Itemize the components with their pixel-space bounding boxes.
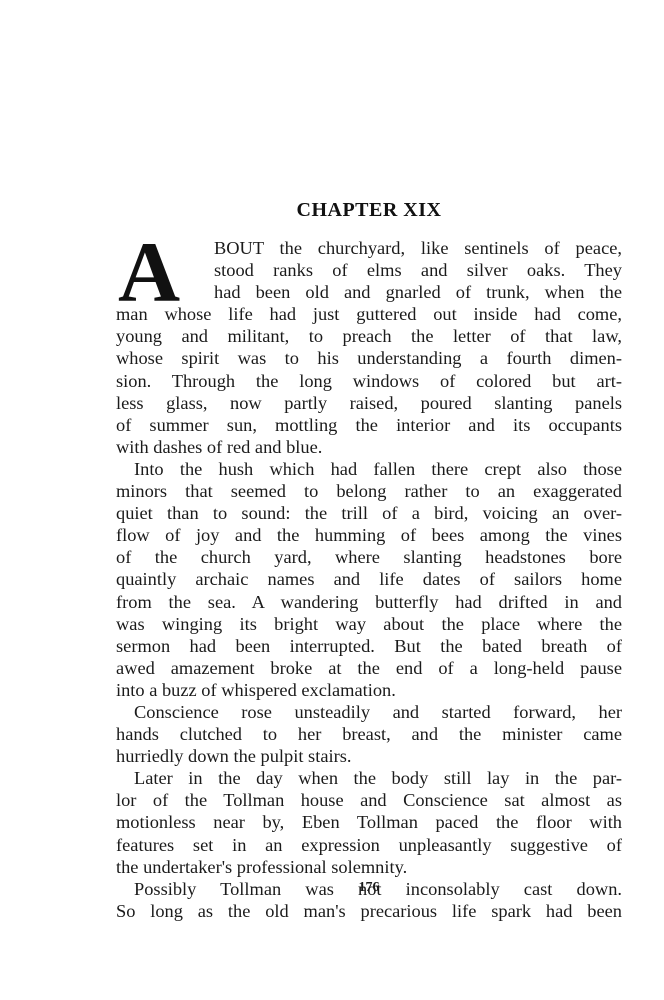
book-page: CHAPTER XIX A BOUT the churchyard, like …	[116, 0, 622, 1000]
text-line: of the church yard, where slanting heads…	[116, 546, 622, 568]
text-line: the undertaker's professional solemnity.	[116, 856, 622, 878]
page-number: 176	[116, 880, 622, 896]
text-line: hurriedly down the pulpit stairs.	[116, 745, 622, 767]
text-line: stood ranks of elms and silver oaks. The…	[116, 259, 622, 281]
text-line: man whose life had just guttered out ins…	[116, 303, 622, 325]
text-line: of summer sun, mottling the interior and…	[116, 414, 622, 436]
text-line: sermon had been interrupted. But the bat…	[116, 635, 622, 657]
text-line: features set in an expression unpleasant…	[116, 834, 622, 856]
paragraph: BOUT the churchyard, like sentinels of p…	[116, 237, 622, 458]
text-line: minors that seemed to belong rather to a…	[116, 480, 622, 502]
text-line: lor of the Tollman house and Conscience …	[116, 789, 622, 811]
text-line: awed amazement broke at the end of a lon…	[116, 657, 622, 679]
text-line: from the sea. A wandering butterfly had …	[116, 591, 622, 613]
text-line: less glass, now partly raised, poured sl…	[116, 392, 622, 414]
text-line: Into the hush which had fallen there cre…	[116, 458, 622, 480]
text-line: sion. Through the long windows of colore…	[116, 370, 622, 392]
drop-cap: A	[118, 240, 180, 304]
text-line: had been old and gnarled of trunk, when …	[116, 281, 622, 303]
text-line: into a buzz of whispered exclamation.	[116, 679, 622, 701]
paragraph: Into the hush which had fallen there cre…	[116, 458, 622, 701]
text-line: flow of joy and the humming of bees amon…	[116, 524, 622, 546]
text-line: So long as the old man's precarious life…	[116, 900, 622, 922]
text-line: hands clutched to her breast, and the mi…	[116, 723, 622, 745]
text-line: young and militant, to preach the letter…	[116, 325, 622, 347]
text-line: motionless near by, Eben Tollman paced t…	[116, 811, 622, 833]
text-line: Later in the day when the body still lay…	[116, 767, 622, 789]
text-line: quaintly archaic names and life dates of…	[116, 568, 622, 590]
chapter-title: CHAPTER XIX	[116, 199, 622, 222]
text-line: BOUT the churchyard, like sentinels of p…	[116, 237, 622, 259]
chapter-body: A BOUT the churchyard, like sentinels of…	[116, 237, 622, 922]
paragraph: Conscience rose unsteadily and started f…	[116, 701, 622, 767]
text-line: Conscience rose unsteadily and started f…	[116, 701, 622, 723]
text-line: with dashes of red and blue.	[116, 436, 622, 458]
text-line: whose spirit was to his understanding a …	[116, 347, 622, 369]
paragraph: Later in the day when the body still lay…	[116, 767, 622, 877]
text-line: quiet than to sound: the trill of a bird…	[116, 502, 622, 524]
text-line: was winging its bright way about the pla…	[116, 613, 622, 635]
